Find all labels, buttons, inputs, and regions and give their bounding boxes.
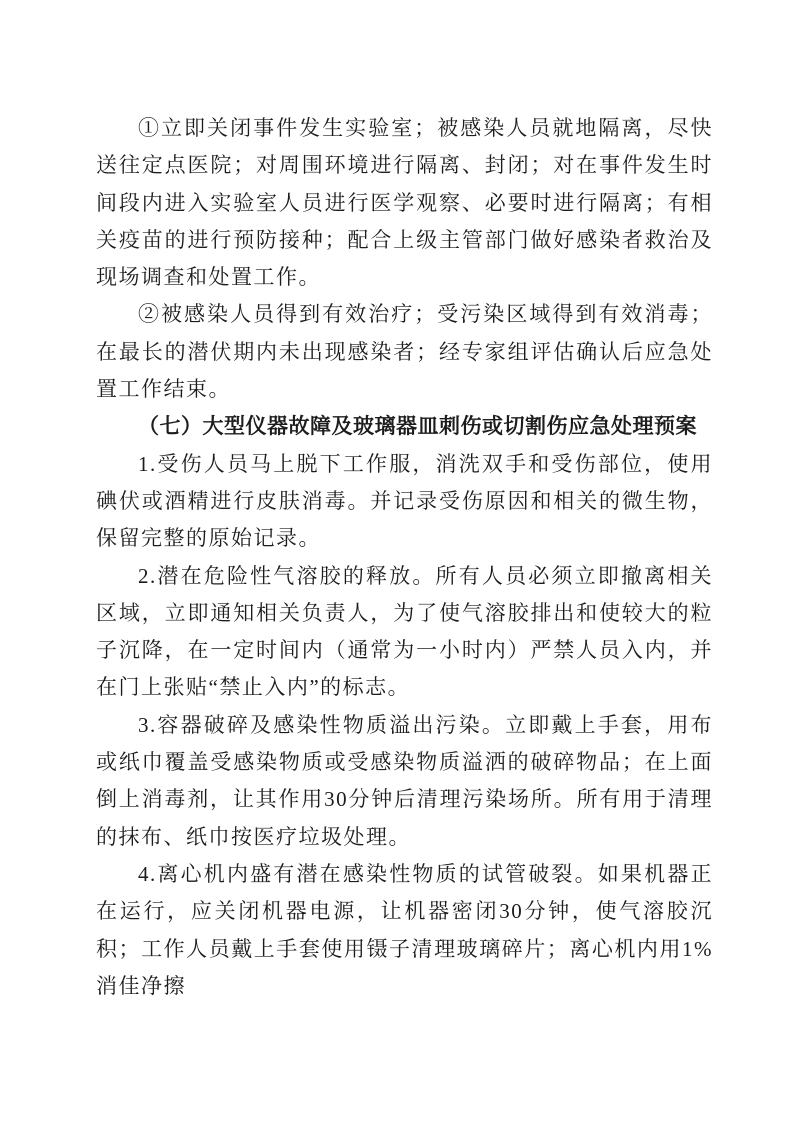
paragraph-item-1: 1.受伤人员马上脱下工作服，消洗双手和受伤部位，使用碘伏或酒精进行皮肤消毒。并记…	[96, 446, 713, 558]
paragraph-circled-1: ①立即关闭事件发生实验室；被感染人员就地隔离，尽快送往定点医院；对周围环境进行隔…	[96, 110, 713, 296]
paragraph-item-3: 3.容器破碎及感染性物质溢出污染。立即戴上手套，用布或纸巾覆盖受感染物质或受感染…	[96, 707, 713, 856]
section-heading: （七）大型仪器故障及玻璃器皿刺伤或切割伤应急处理预案	[96, 408, 713, 445]
paragraph-circled-2: ②被感染人员得到有效治疗；受污染区域得到有效消毒；在最长的潜伏期内未出现感染者；…	[96, 296, 713, 408]
paragraph-item-4: 4.离心机内盛有潜在感染性物质的试管破裂。如果机器正在运行，应关闭机器电源，让机…	[96, 856, 713, 1005]
paragraph-item-2: 2.潜在危险性气溶胶的释放。所有人员必须立即撤离相关区域，立即通知相关负责人，为…	[96, 558, 713, 707]
document-page: ①立即关闭事件发生实验室；被感染人员就地隔离，尽快送往定点医院；对周围环境进行隔…	[0, 0, 793, 1122]
